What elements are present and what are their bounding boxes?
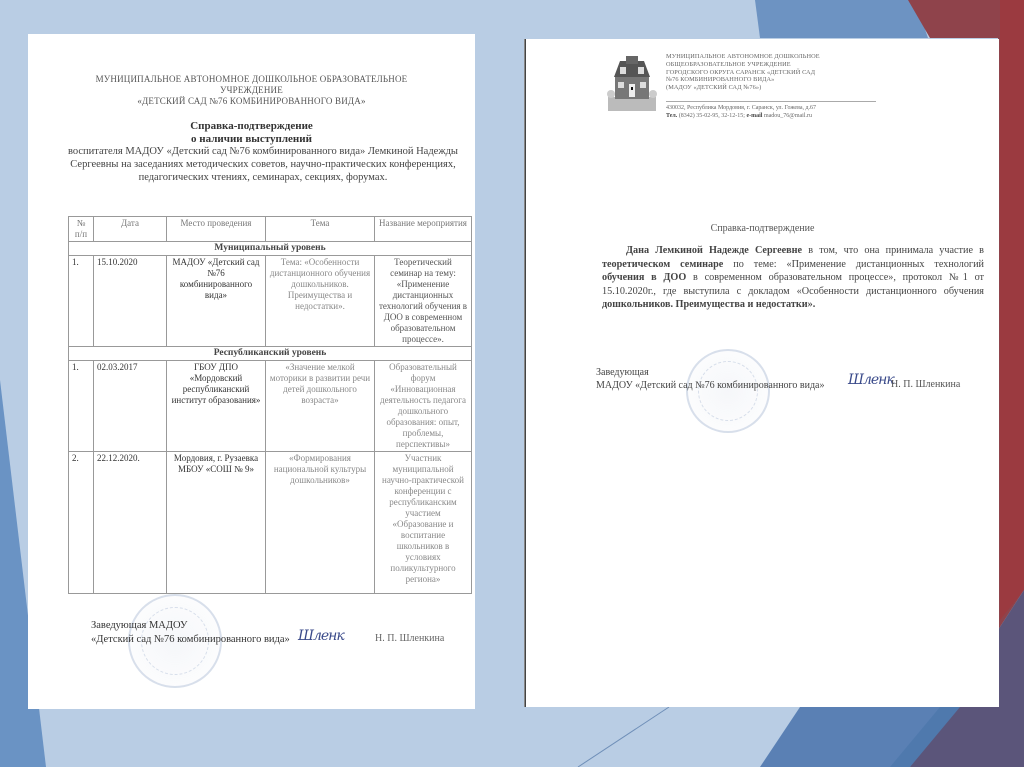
letterhead-divider bbox=[666, 101, 876, 102]
letterhead-contacts: 430032, Республика Мордовия, г. Саранск,… bbox=[666, 104, 816, 120]
handwritten-signature: Шленк bbox=[848, 372, 894, 388]
certificate-body: Дана Лемкиной Надежде Сергеевне в том, ч… bbox=[602, 244, 984, 312]
signatory-position: Заведующая МАДОУ «Детский сад №76 комбин… bbox=[596, 366, 825, 392]
certificate-of-presentations-document: МУНИЦИПАЛЬНОЕ АВТОНОМНОЕ ДОШКОЛЬНОЕ ОБРА… bbox=[28, 34, 475, 709]
certificate-title: Справка-подтверждение bbox=[526, 223, 999, 234]
table-row: 2. 22.12.2020. Мордовия, г. Рузаевка МБО… bbox=[69, 452, 472, 594]
col-header-event: Название мероприятия bbox=[375, 217, 472, 242]
signatory-name: Н. П. Шленкина bbox=[891, 379, 960, 390]
col-header-date: Дата bbox=[94, 217, 167, 242]
seminar-participation-certificate: МУНИЦИПАЛЬНОЕ АВТОНОМНОЕ ДОШКОЛЬНОЕ ОБЩЕ… bbox=[525, 39, 999, 707]
section-republican-level: Республиканский уровень bbox=[69, 347, 472, 361]
section-municipal-level: Муниципальный уровень bbox=[69, 242, 472, 256]
table-row: 1. 15.10.2020 МАДОУ «Детский сад №76 ком… bbox=[69, 256, 472, 347]
table-header-row: № п/п Дата Место проведения Тема Названи… bbox=[69, 217, 472, 242]
document-intro: воспитателя МАДОУ «Детский сад №76 комби… bbox=[68, 145, 458, 184]
col-header-number: № п/п bbox=[69, 217, 94, 242]
signatory-position: Заведующая МАДОУ «Детский сад №76 комбин… bbox=[91, 619, 290, 647]
top-right-blue-panel bbox=[755, 0, 928, 38]
institution-header: МУНИЦИПАЛЬНОЕ АВТОНОМНОЕ ДОШКОЛЬНОЕ ОБРА… bbox=[28, 74, 475, 107]
col-header-place: Место проведения bbox=[167, 217, 266, 242]
table-row: 1. 02.03.2017 ГБОУ ДПО «Мордовский респу… bbox=[69, 361, 472, 452]
handwritten-signature: Шленк bbox=[298, 628, 344, 644]
presentations-table: № п/п Дата Место проведения Тема Названи… bbox=[68, 216, 472, 594]
letterhead-institution: МУНИЦИПАЛЬНОЕ АВТОНОМНОЕ ДОШКОЛЬНОЕ ОБЩЕ… bbox=[666, 53, 820, 92]
signatory-name: Н. П. Шленкина bbox=[375, 633, 444, 644]
col-header-topic: Тема bbox=[266, 217, 375, 242]
kindergarten-house-logo bbox=[606, 55, 658, 113]
document-title: Справка-подтверждение о наличии выступле… bbox=[28, 120, 475, 146]
